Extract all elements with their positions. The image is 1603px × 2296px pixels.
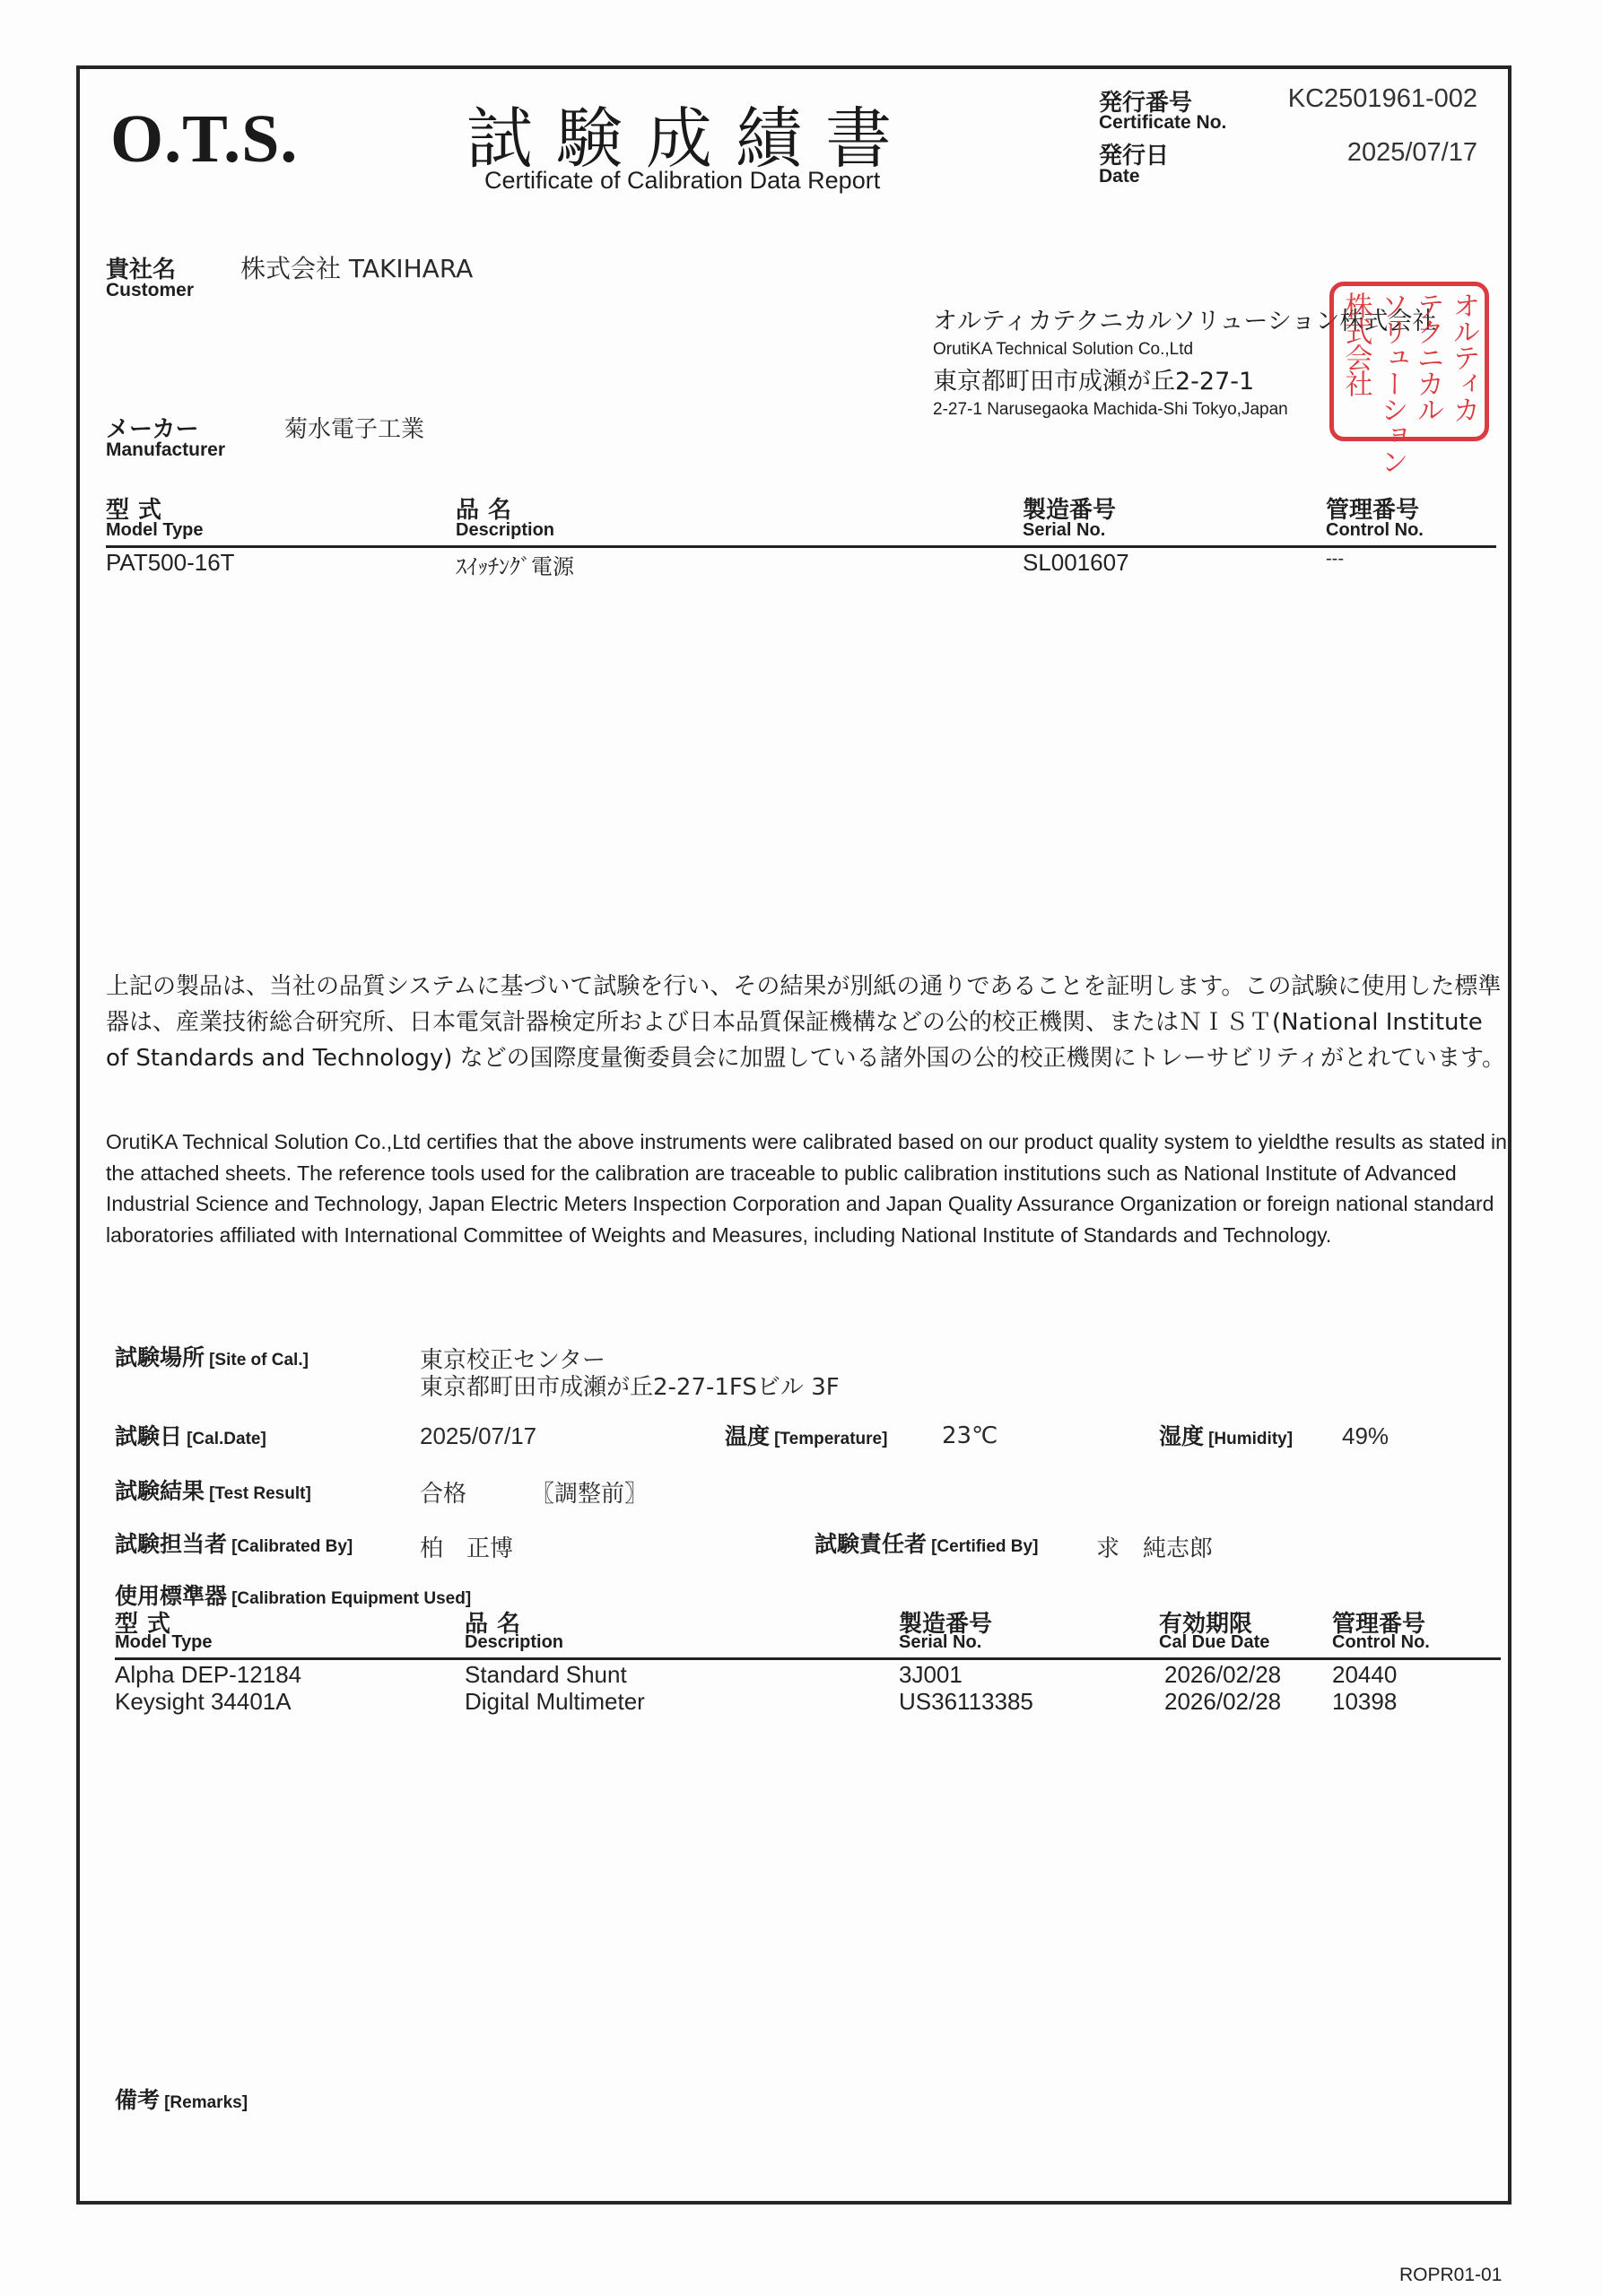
manufacturer-label-en: Manufacturer (106, 439, 225, 461)
seal-text: テクニカル (1414, 291, 1442, 431)
cal-date-label: 試験日 [Cal.Date] (115, 1419, 266, 1451)
test-result-label-en: [Test Result] (209, 1484, 311, 1503)
calibrated-by-label-jp: 試験担当者 (115, 1531, 227, 1557)
remarks-label: 備考 [Remarks] (115, 2083, 248, 2115)
test-result-value: 合格 (420, 1475, 466, 1509)
customer-label-en: Customer (106, 280, 194, 301)
col-header-description-en: Description (456, 520, 554, 541)
customer-value: 株式会社 TAKIHARA (240, 249, 473, 285)
eq-description: Standard Shunt (465, 1661, 627, 1689)
temperature-label-en: [Temperature] (774, 1430, 887, 1448)
cal-date-value: 2025/07/17 (420, 1422, 536, 1450)
eq-due-date: 2026/02/28 (1164, 1688, 1281, 1716)
cal-date-label-jp: 試験日 (115, 1423, 182, 1449)
humidity-label-en: [Humidity] (1208, 1430, 1293, 1448)
humidity-value: 49% (1342, 1422, 1389, 1450)
certified-by-label-en: [Certified By] (931, 1537, 1038, 1556)
instrument-model: PAT500-16T (106, 549, 235, 577)
company-logo: O.T.S. (110, 100, 298, 178)
eq-col-header-model-en: Model Type (115, 1632, 213, 1653)
test-result-label-jp: 試験結果 (115, 1478, 205, 1504)
eq-table-header-divider (115, 1657, 1501, 1660)
test-result-note: 〖調整前〗 (531, 1475, 648, 1509)
site-address: 東京都町田市成瀬が丘2-27-1FSビル 3F (420, 1369, 840, 1402)
certificate-no-value: KC2501961-002 (1288, 84, 1477, 114)
eq-description: Digital Multimeter (465, 1688, 645, 1716)
cal-date-label-en: [Cal.Date] (187, 1430, 266, 1448)
eq-col-header-serial-en: Serial No. (899, 1632, 981, 1653)
humidity-label: 湿度 [Humidity] (1159, 1419, 1293, 1451)
seal-text: オルティカ (1450, 291, 1477, 431)
temperature-value: 23℃ (942, 1422, 998, 1449)
col-header-model-en: Model Type (106, 520, 204, 541)
calibrated-by-value: 柏 正博 (420, 1530, 513, 1563)
eq-col-header-due-en: Cal Due Date (1159, 1632, 1269, 1653)
equipment-label-en: [Calibration Equipment Used] (231, 1589, 471, 1608)
eq-serial: 3J001 (899, 1661, 963, 1689)
eq-due-date: 2026/02/28 (1164, 1661, 1281, 1689)
eq-control: 10398 (1332, 1688, 1397, 1716)
page-subtitle: Certificate of Calibration Data Report (484, 167, 880, 195)
test-result-label: 試験結果 [Test Result] (115, 1474, 311, 1506)
site-label-en: [Site of Cal.] (209, 1351, 309, 1370)
company-seal-stamp: オルティカ テクニカル ソリューション 株式会社 (1329, 282, 1489, 441)
remarks-label-en: [Remarks] (164, 2093, 248, 2112)
temperature-label: 温度 [Temperature] (725, 1419, 887, 1451)
issue-date-label-en: Date (1099, 166, 1140, 187)
certified-by-label-jp: 試験責任者 (815, 1531, 927, 1557)
eq-col-header-control-en: Control No. (1332, 1632, 1430, 1653)
eq-model: Keysight 34401A (115, 1688, 292, 1716)
eq-control: 20440 (1332, 1661, 1397, 1689)
form-code: ROPR01-01 (1399, 2265, 1502, 2286)
certified-by-label: 試験責任者 [Certified By] (815, 1526, 1038, 1559)
eq-col-header-description-en: Description (465, 1632, 563, 1653)
certification-statement-en: OrutiKA Technical Solution Co.,Ltd certi… (106, 1126, 1514, 1250)
calibrated-by-label: 試験担当者 [Calibrated By] (115, 1526, 353, 1559)
certification-statement-jp: 上記の製品は、当社の品質システムに基づいて試験を行い、その結果が別紙の通りである… (106, 969, 1505, 1076)
issue-date-value: 2025/07/17 (1347, 138, 1477, 168)
site-label-jp: 試験場所 (115, 1344, 205, 1370)
certified-by-value: 求 純志郎 (1096, 1530, 1213, 1563)
seal-text: ソリューション (1378, 291, 1406, 431)
humidity-label-jp: 湿度 (1159, 1423, 1204, 1449)
temperature-label-jp: 温度 (725, 1423, 770, 1449)
eq-model: Alpha DEP-12184 (115, 1661, 301, 1689)
site-label: 試験場所 [Site of Cal.] (115, 1340, 309, 1372)
col-header-control-en: Control No. (1326, 520, 1424, 541)
instrument-control: --- (1326, 549, 1344, 570)
remarks-label-jp: 備考 (115, 2087, 160, 2113)
seal-text: 株式会社 (1342, 291, 1370, 431)
eq-serial: US36113385 (899, 1688, 1033, 1716)
manufacturer-value: 菊水電子工業 (284, 411, 424, 444)
certificate-no-label-en: Certificate No. (1099, 112, 1226, 134)
col-header-serial-en: Serial No. (1023, 520, 1105, 541)
calibrated-by-label-en: [Calibrated By] (231, 1537, 353, 1556)
table-header-divider (106, 545, 1496, 548)
instrument-description: ｽｲｯﾁﾝｸﾞ電源 (456, 549, 574, 580)
instrument-serial: SL001607 (1023, 549, 1129, 577)
